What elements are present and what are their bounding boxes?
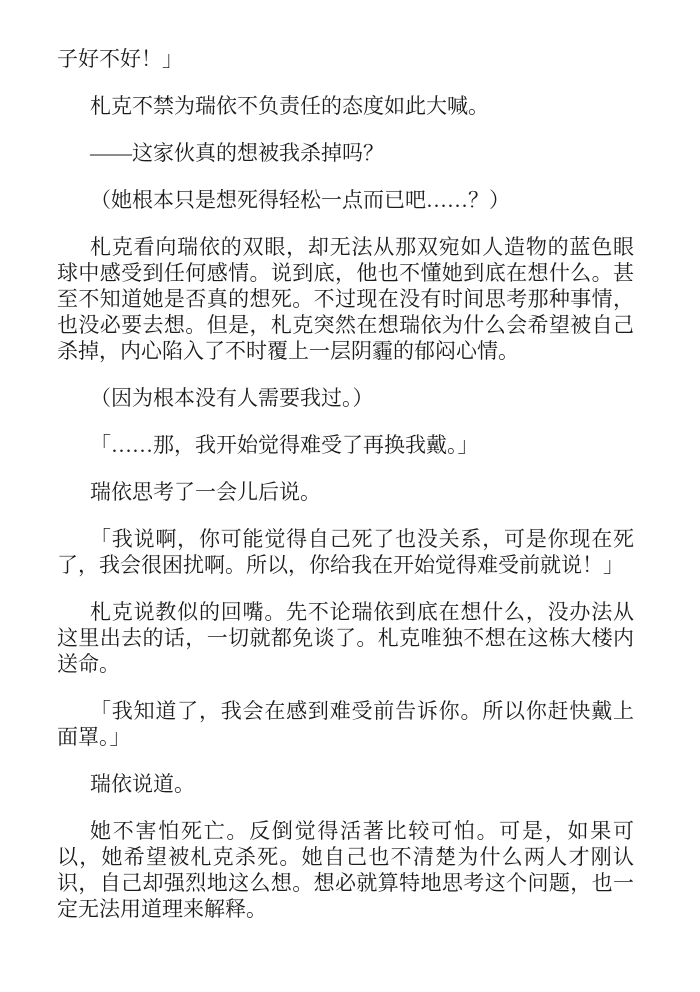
- paragraph: （因为根本没有人需要我过。）: [57, 385, 634, 411]
- paragraph: 子好不好！」: [57, 46, 634, 72]
- paragraph: 瑞依说道。: [57, 771, 634, 797]
- paragraph: 「我知道了，我会在感到难受前告诉你。所以你赶快戴上面罩。」: [57, 698, 634, 750]
- paragraph: ——这家伙真的想被我杀掉吗？: [57, 140, 634, 166]
- paragraph: 她不害怕死亡。反倒觉得活著比较可怕。可是，如果可以，她希望被札克杀死。她自己也不…: [57, 818, 634, 922]
- paragraph: （她根本只是想死得轻松一点而已吧……？）: [57, 187, 634, 213]
- paragraph: 札克不禁为瑞依不负责任的态度如此大喊。: [57, 93, 634, 119]
- paragraph: 「……那，我开始觉得难受了再换我戴。」: [57, 432, 634, 458]
- document-page: 子好不好！」札克不禁为瑞依不负责任的态度如此大喊。——这家伙真的想被我杀掉吗？（…: [0, 0, 700, 992]
- paragraph: 「我说啊，你可能觉得自己死了也没关系，可是你现在死了，我会很困扰啊。所以，你给我…: [57, 526, 634, 578]
- paragraph: 札克看向瑞依的双眼，却无法从那双宛如人造物的蓝色眼球中感受到任何感情。说到底，他…: [57, 234, 634, 364]
- text-column: 子好不好！」札克不禁为瑞依不负责任的态度如此大喊。——这家伙真的想被我杀掉吗？（…: [57, 46, 634, 922]
- paragraph: 瑞依思考了一会儿后说。: [57, 479, 634, 505]
- paragraph: 札克说教似的回嘴。先不论瑞依到底在想什么，没办法从这里出去的话，一切就都免谈了。…: [57, 599, 634, 677]
